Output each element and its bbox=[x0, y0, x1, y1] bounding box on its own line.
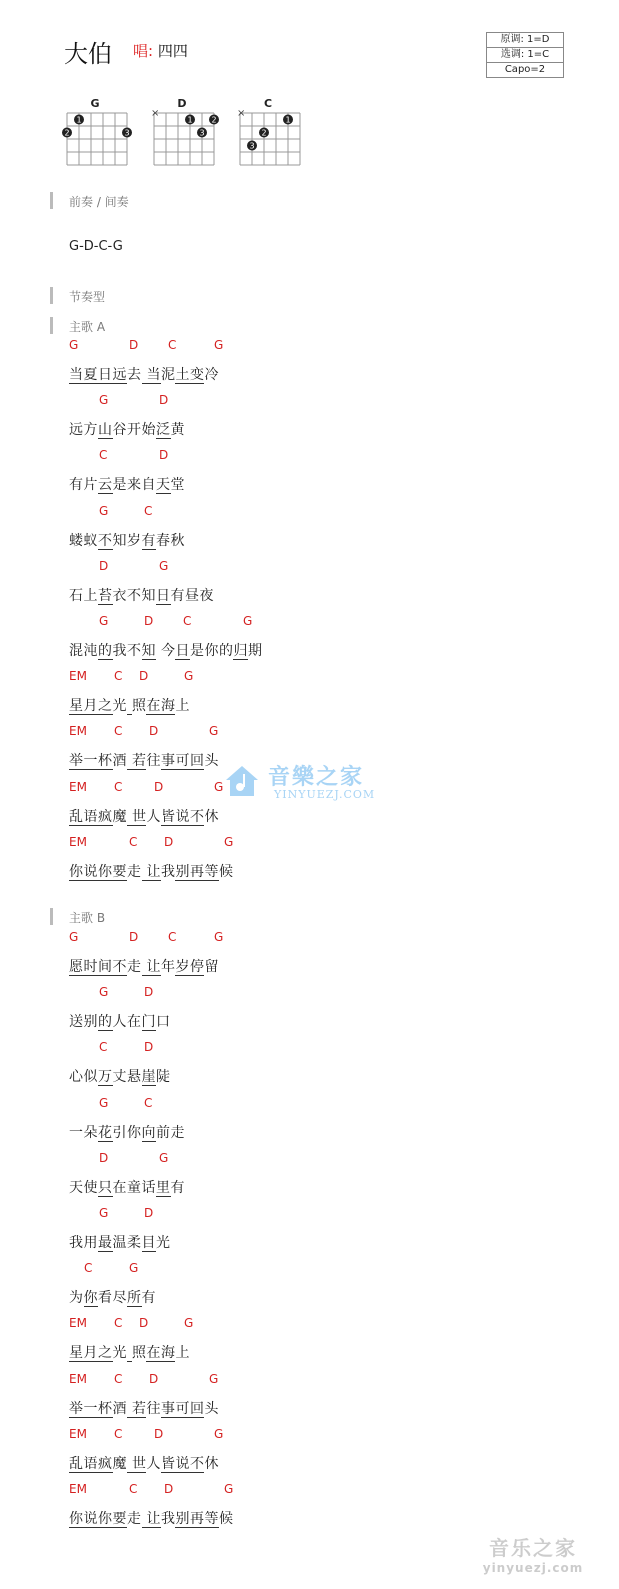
chord-label: C bbox=[168, 930, 176, 944]
singer-name: 四四 bbox=[158, 42, 188, 60]
chord-label: D bbox=[99, 1151, 108, 1165]
chord-label: D bbox=[139, 1316, 148, 1330]
footer-watermark-text: 音乐之家 bbox=[468, 1532, 598, 1561]
svg-text:×: × bbox=[237, 109, 245, 119]
lyric-line: 你说你要走 让我别再等候 bbox=[69, 861, 233, 881]
lyric-line: 你说你要走 让我别再等候 bbox=[69, 1508, 233, 1528]
chord-label: C bbox=[144, 1096, 152, 1110]
chord-label: C bbox=[114, 1427, 122, 1441]
chord-label: G bbox=[99, 393, 108, 407]
footer-watermark: 音乐之家 yinyuezj.com bbox=[468, 1532, 598, 1582]
chord-label: C bbox=[114, 669, 122, 683]
chord-label: D bbox=[144, 985, 153, 999]
chord-label: EM bbox=[69, 780, 87, 794]
chord-label: G bbox=[184, 669, 193, 683]
chord-label: D bbox=[144, 1206, 153, 1220]
svg-text:3: 3 bbox=[249, 142, 254, 151]
chord-label: EM bbox=[69, 1482, 87, 1496]
svg-text:2: 2 bbox=[211, 116, 216, 125]
lyric-line: 远方山谷开始泛黄 bbox=[69, 419, 185, 439]
chord-label: EM bbox=[69, 724, 87, 738]
chord-label: C bbox=[114, 1372, 122, 1386]
chord-label: G bbox=[69, 338, 78, 352]
lyric-line: 愿时间不走 让年岁停留 bbox=[69, 956, 219, 976]
chord-label: D bbox=[129, 338, 138, 352]
section-bar bbox=[50, 908, 53, 925]
chord-label: C bbox=[84, 1261, 92, 1275]
lyric-line: 举一杯酒 若往事可回头 bbox=[69, 750, 219, 770]
chord-label: G bbox=[69, 930, 78, 944]
svg-text:1: 1 bbox=[76, 116, 81, 125]
chord-label: C bbox=[183, 614, 191, 628]
svg-text:3: 3 bbox=[124, 129, 129, 138]
original-key: 原调: 1=D bbox=[487, 33, 563, 48]
section-bar bbox=[50, 287, 53, 304]
svg-text:1: 1 bbox=[285, 116, 290, 125]
chord-label: D bbox=[144, 1040, 153, 1054]
section-bar bbox=[50, 317, 53, 334]
music-house-icon bbox=[224, 762, 260, 798]
section-verse-b-label: 主歌 B bbox=[69, 909, 105, 926]
prelude-chords: G-D-C-G bbox=[69, 239, 123, 254]
chord-label: G bbox=[209, 724, 218, 738]
lyric-line: 乱语疯魔 世人皆说不休 bbox=[69, 806, 219, 826]
chord-label: D bbox=[164, 1482, 173, 1496]
chord-label: G bbox=[99, 985, 108, 999]
svg-text:2: 2 bbox=[64, 129, 69, 138]
section-bar bbox=[50, 192, 53, 209]
lyric-line: 当夏日远去 当泥土变冷 bbox=[69, 364, 219, 384]
lyric-line: 石上苔衣不知日有昼夜 bbox=[69, 585, 214, 605]
singer-info: 唱: 四四 bbox=[133, 40, 188, 61]
section-rhythm-label: 节奏型 bbox=[69, 288, 105, 305]
chord-label: D bbox=[99, 559, 108, 573]
chord-label: D bbox=[164, 835, 173, 849]
chord-label: EM bbox=[69, 1372, 87, 1386]
chord-label: D bbox=[159, 448, 168, 462]
svg-text:1: 1 bbox=[187, 116, 192, 125]
singer-label: 唱: bbox=[133, 42, 153, 60]
chord-label: D bbox=[144, 614, 153, 628]
chord-label: G bbox=[99, 1206, 108, 1220]
chord-label: G bbox=[159, 559, 168, 573]
lyric-line: 心似万丈悬崖陡 bbox=[69, 1066, 171, 1086]
lyric-line: 举一杯酒 若往事可回头 bbox=[69, 1398, 219, 1418]
chord-label: G bbox=[214, 1427, 223, 1441]
watermark-url: YINYUEZJ.COM bbox=[274, 788, 375, 801]
lyric-line: 送别的人在门口 bbox=[69, 1011, 171, 1031]
chord-label: C bbox=[114, 780, 122, 794]
fretboard-grid: 213 bbox=[55, 109, 135, 169]
chord-label: D bbox=[149, 724, 158, 738]
section-verse-a-label: 主歌 A bbox=[69, 318, 105, 335]
chord-label: D bbox=[159, 393, 168, 407]
lyric-line: 天使只在童话里有 bbox=[69, 1177, 185, 1197]
song-title: 大伯 bbox=[64, 34, 112, 69]
chord-label: C bbox=[99, 448, 107, 462]
chord-label: C bbox=[129, 835, 137, 849]
lyric-line: 乱语疯魔 世人皆说不休 bbox=[69, 1453, 219, 1473]
chord-label: C bbox=[99, 1040, 107, 1054]
chord-label: EM bbox=[69, 1427, 87, 1441]
chord-label: G bbox=[184, 1316, 193, 1330]
chord-label: G bbox=[214, 780, 223, 794]
fretboard-grid: ×321 bbox=[228, 109, 308, 169]
lyric-line: 星月之光 照在海上 bbox=[69, 1342, 190, 1362]
chord-label: EM bbox=[69, 669, 87, 683]
chord-label: G bbox=[99, 1096, 108, 1110]
chord-label: C bbox=[168, 338, 176, 352]
key-info-box: 原调: 1=D 选调: 1=C Capo=2 bbox=[486, 32, 564, 78]
lyric-line: 为你看尽所有 bbox=[69, 1287, 156, 1307]
chord-label: G bbox=[214, 930, 223, 944]
chord-label: D bbox=[149, 1372, 158, 1386]
chord-label: G bbox=[129, 1261, 138, 1275]
svg-text:×: × bbox=[151, 109, 159, 119]
chord-label: G bbox=[243, 614, 252, 628]
chord-label: G bbox=[224, 1482, 233, 1496]
svg-text:3: 3 bbox=[199, 129, 204, 138]
chord-label: G bbox=[99, 504, 108, 518]
lyric-line: 有片云是来自天堂 bbox=[69, 474, 185, 494]
chord-label: G bbox=[99, 614, 108, 628]
chord-label: EM bbox=[69, 1316, 87, 1330]
section-prelude-label: 前奏 / 间奏 bbox=[69, 193, 129, 210]
chord-label: C bbox=[114, 1316, 122, 1330]
chord-label: D bbox=[154, 780, 163, 794]
chord-label: G bbox=[209, 1372, 218, 1386]
fretboard-grid: ×132 bbox=[142, 109, 222, 169]
watermark: 音樂之家 YINYUEZJ.COM bbox=[224, 760, 394, 804]
chord-label: EM bbox=[69, 835, 87, 849]
lyric-line: 我用最温柔目光 bbox=[69, 1232, 171, 1252]
lyric-line: 星月之光 照在海上 bbox=[69, 695, 190, 715]
selected-key: 选调: 1=C bbox=[487, 48, 563, 63]
chord-label: G bbox=[214, 338, 223, 352]
chord-label: D bbox=[129, 930, 138, 944]
chord-label: C bbox=[129, 1482, 137, 1496]
footer-watermark-url: yinyuezj.com bbox=[468, 1561, 598, 1575]
chord-label: C bbox=[144, 504, 152, 518]
lyric-line: 混沌的我不知 今日是你的归期 bbox=[69, 640, 262, 660]
capo: Capo=2 bbox=[487, 63, 563, 77]
lyric-line: 蝼蚁不知岁有春秋 bbox=[69, 530, 185, 550]
chord-label: D bbox=[154, 1427, 163, 1441]
svg-text:2: 2 bbox=[261, 129, 266, 138]
watermark-text: 音樂之家 bbox=[268, 760, 364, 791]
chord-label: G bbox=[224, 835, 233, 849]
lyric-line: 一朵花引你向前走 bbox=[69, 1122, 185, 1142]
chord-label: D bbox=[139, 669, 148, 683]
chord-label: G bbox=[159, 1151, 168, 1165]
chord-label: C bbox=[114, 724, 122, 738]
